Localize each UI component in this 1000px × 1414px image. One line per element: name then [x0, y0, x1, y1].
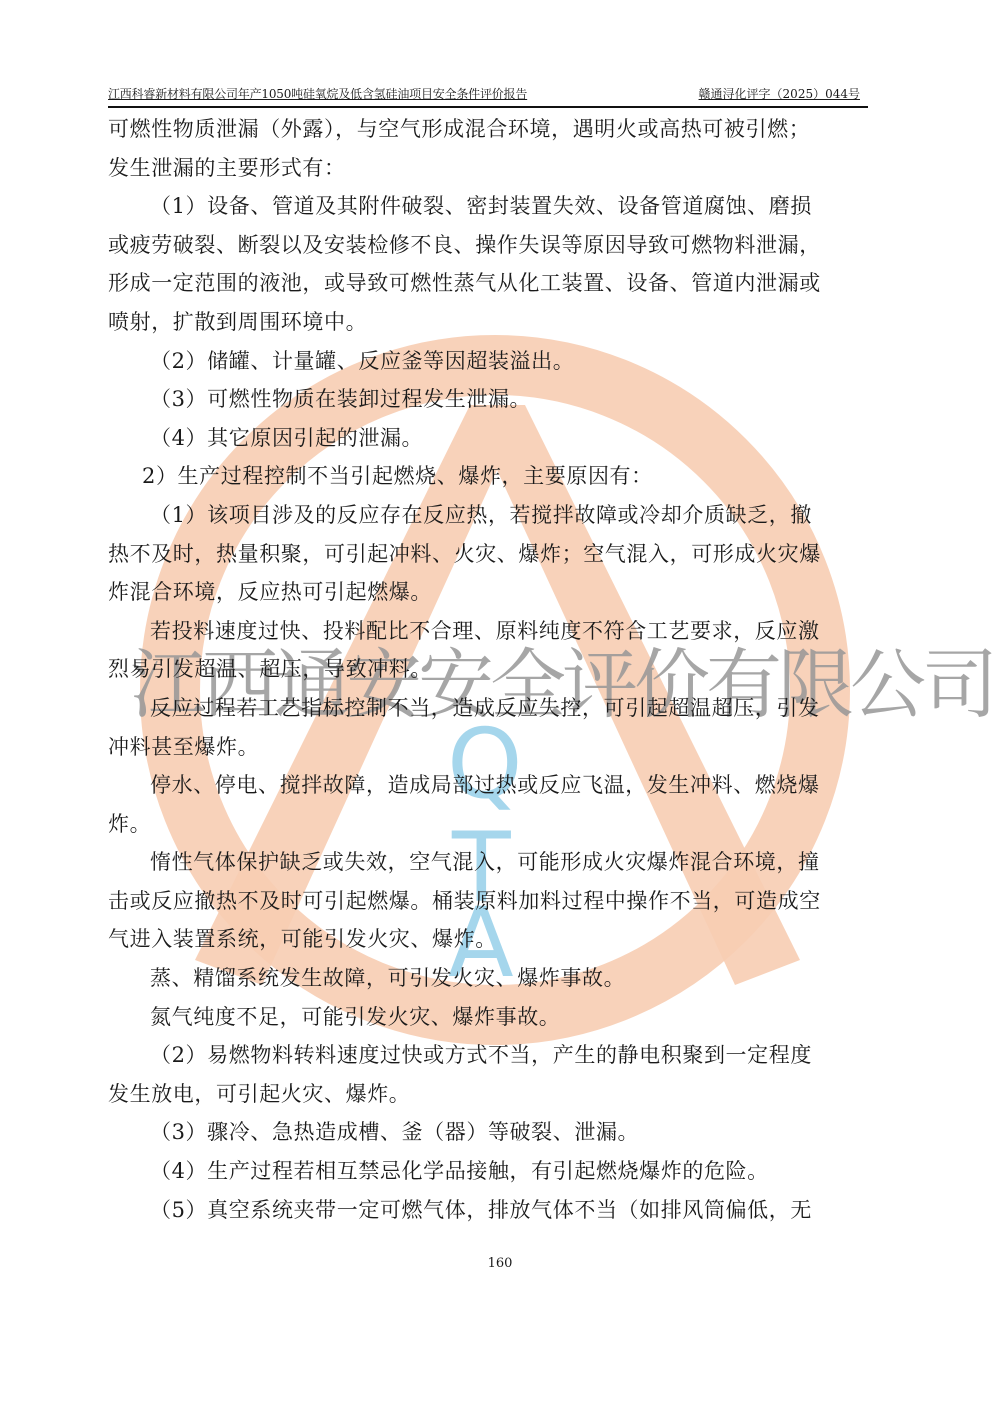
text-line: （2）储罐、计量罐、反应釜等因超装溢出。: [108, 342, 868, 381]
text-line: （1）该项目涉及的反应存在反应热，若搅拌故障或冷却介质缺乏，撤: [108, 496, 868, 535]
text-line: 发生放电，可引起火灾、爆炸。: [108, 1075, 868, 1114]
text-line: 蒸、精馏系统发生故障，可引发火灾、爆炸事故。: [108, 959, 868, 998]
text-line: （3）骤冷、急热造成槽、釜（器）等破裂、泄漏。: [108, 1113, 868, 1152]
text-line: 可燃性物质泄漏（外露），与空气形成混合环境，遇明火或高热可被引燃；: [108, 110, 868, 149]
text-line: （3）可燃性物质在装卸过程发生泄漏。: [108, 380, 868, 419]
text-line: （4）其它原因引起的泄漏。: [108, 419, 868, 458]
document-number: 赣通浔化评字（2025）044号: [699, 86, 860, 102]
report-title: 江西科睿新材料有限公司年产1050吨硅氧烷及低含氢硅油项目安全条件评价报告: [108, 86, 527, 102]
text-line: 炸。: [108, 805, 868, 844]
text-line: 气进入装置系统，可能引发火灾、爆炸。: [108, 920, 868, 959]
text-line: 2）生产过程控制不当引起燃烧、爆炸，主要原因有：: [108, 457, 868, 496]
text-line: 形成一定范围的液池，或导致可燃性蒸气从化工装置、设备、管道内泄漏或: [108, 264, 868, 303]
text-line: （4）生产过程若相互禁忌化学品接触，有引起燃烧爆炸的危险。: [108, 1152, 868, 1191]
text-line: 氮气纯度不足，可能引发火灾、爆炸事故。: [108, 998, 868, 1037]
text-line: 喷射，扩散到周围环境中。: [108, 303, 868, 342]
text-line: （2）易燃物料转料速度过快或方式不当，产生的静电积聚到一定程度: [108, 1036, 868, 1075]
text-line: 击或反应撤热不及时可引起燃爆。桶装原料加料过程中操作不当，可造成空: [108, 882, 868, 921]
page-header: 江西科睿新材料有限公司年产1050吨硅氧烷及低含氢硅油项目安全条件评价报告 赣通…: [108, 86, 868, 108]
page-number: 160: [0, 1256, 1000, 1271]
text-line: 烈易引发超温、超压，导致冲料。: [108, 650, 868, 689]
text-line: 炸混合环境，反应热可引起燃爆。: [108, 573, 868, 612]
text-line: 停水、停电、搅拌故障，造成局部过热或反应飞温，发生冲料、燃烧爆: [108, 766, 868, 805]
body-text: 可燃性物质泄漏（外露），与空气形成混合环境，遇明火或高热可被引燃；发生泄漏的主要…: [108, 110, 868, 1229]
text-line: 若投料速度过快、投料配比不合理、原料纯度不符合工艺要求，反应激: [108, 612, 868, 651]
text-line: 热不及时，热量积聚，可引起冲料、火灾、爆炸；空气混入，可形成火灾爆: [108, 535, 868, 574]
text-line: 冲料甚至爆炸。: [108, 728, 868, 767]
text-line: 反应过程若工艺指标控制不当，造成反应失控，可引起超温超压，引发: [108, 689, 868, 728]
text-line: 或疲劳破裂、断裂以及安装检修不良、操作失误等原因导致可燃物料泄漏，: [108, 226, 868, 265]
text-line: 惰性气体保护缺乏或失效，空气混入，可能形成火灾爆炸混合环境，撞: [108, 843, 868, 882]
text-line: （5）真空系统夹带一定可燃气体，排放气体不当（如排风筒偏低，无: [108, 1191, 868, 1230]
document-page: Q T A 江西通安安全评价有限公司 江西科睿新材料有限公司年产1050吨硅氧烷…: [0, 0, 1000, 1414]
text-line: 发生泄漏的主要形式有：: [108, 149, 868, 188]
text-line: （1）设备、管道及其附件破裂、密封装置失效、设备管道腐蚀、磨损: [108, 187, 868, 226]
